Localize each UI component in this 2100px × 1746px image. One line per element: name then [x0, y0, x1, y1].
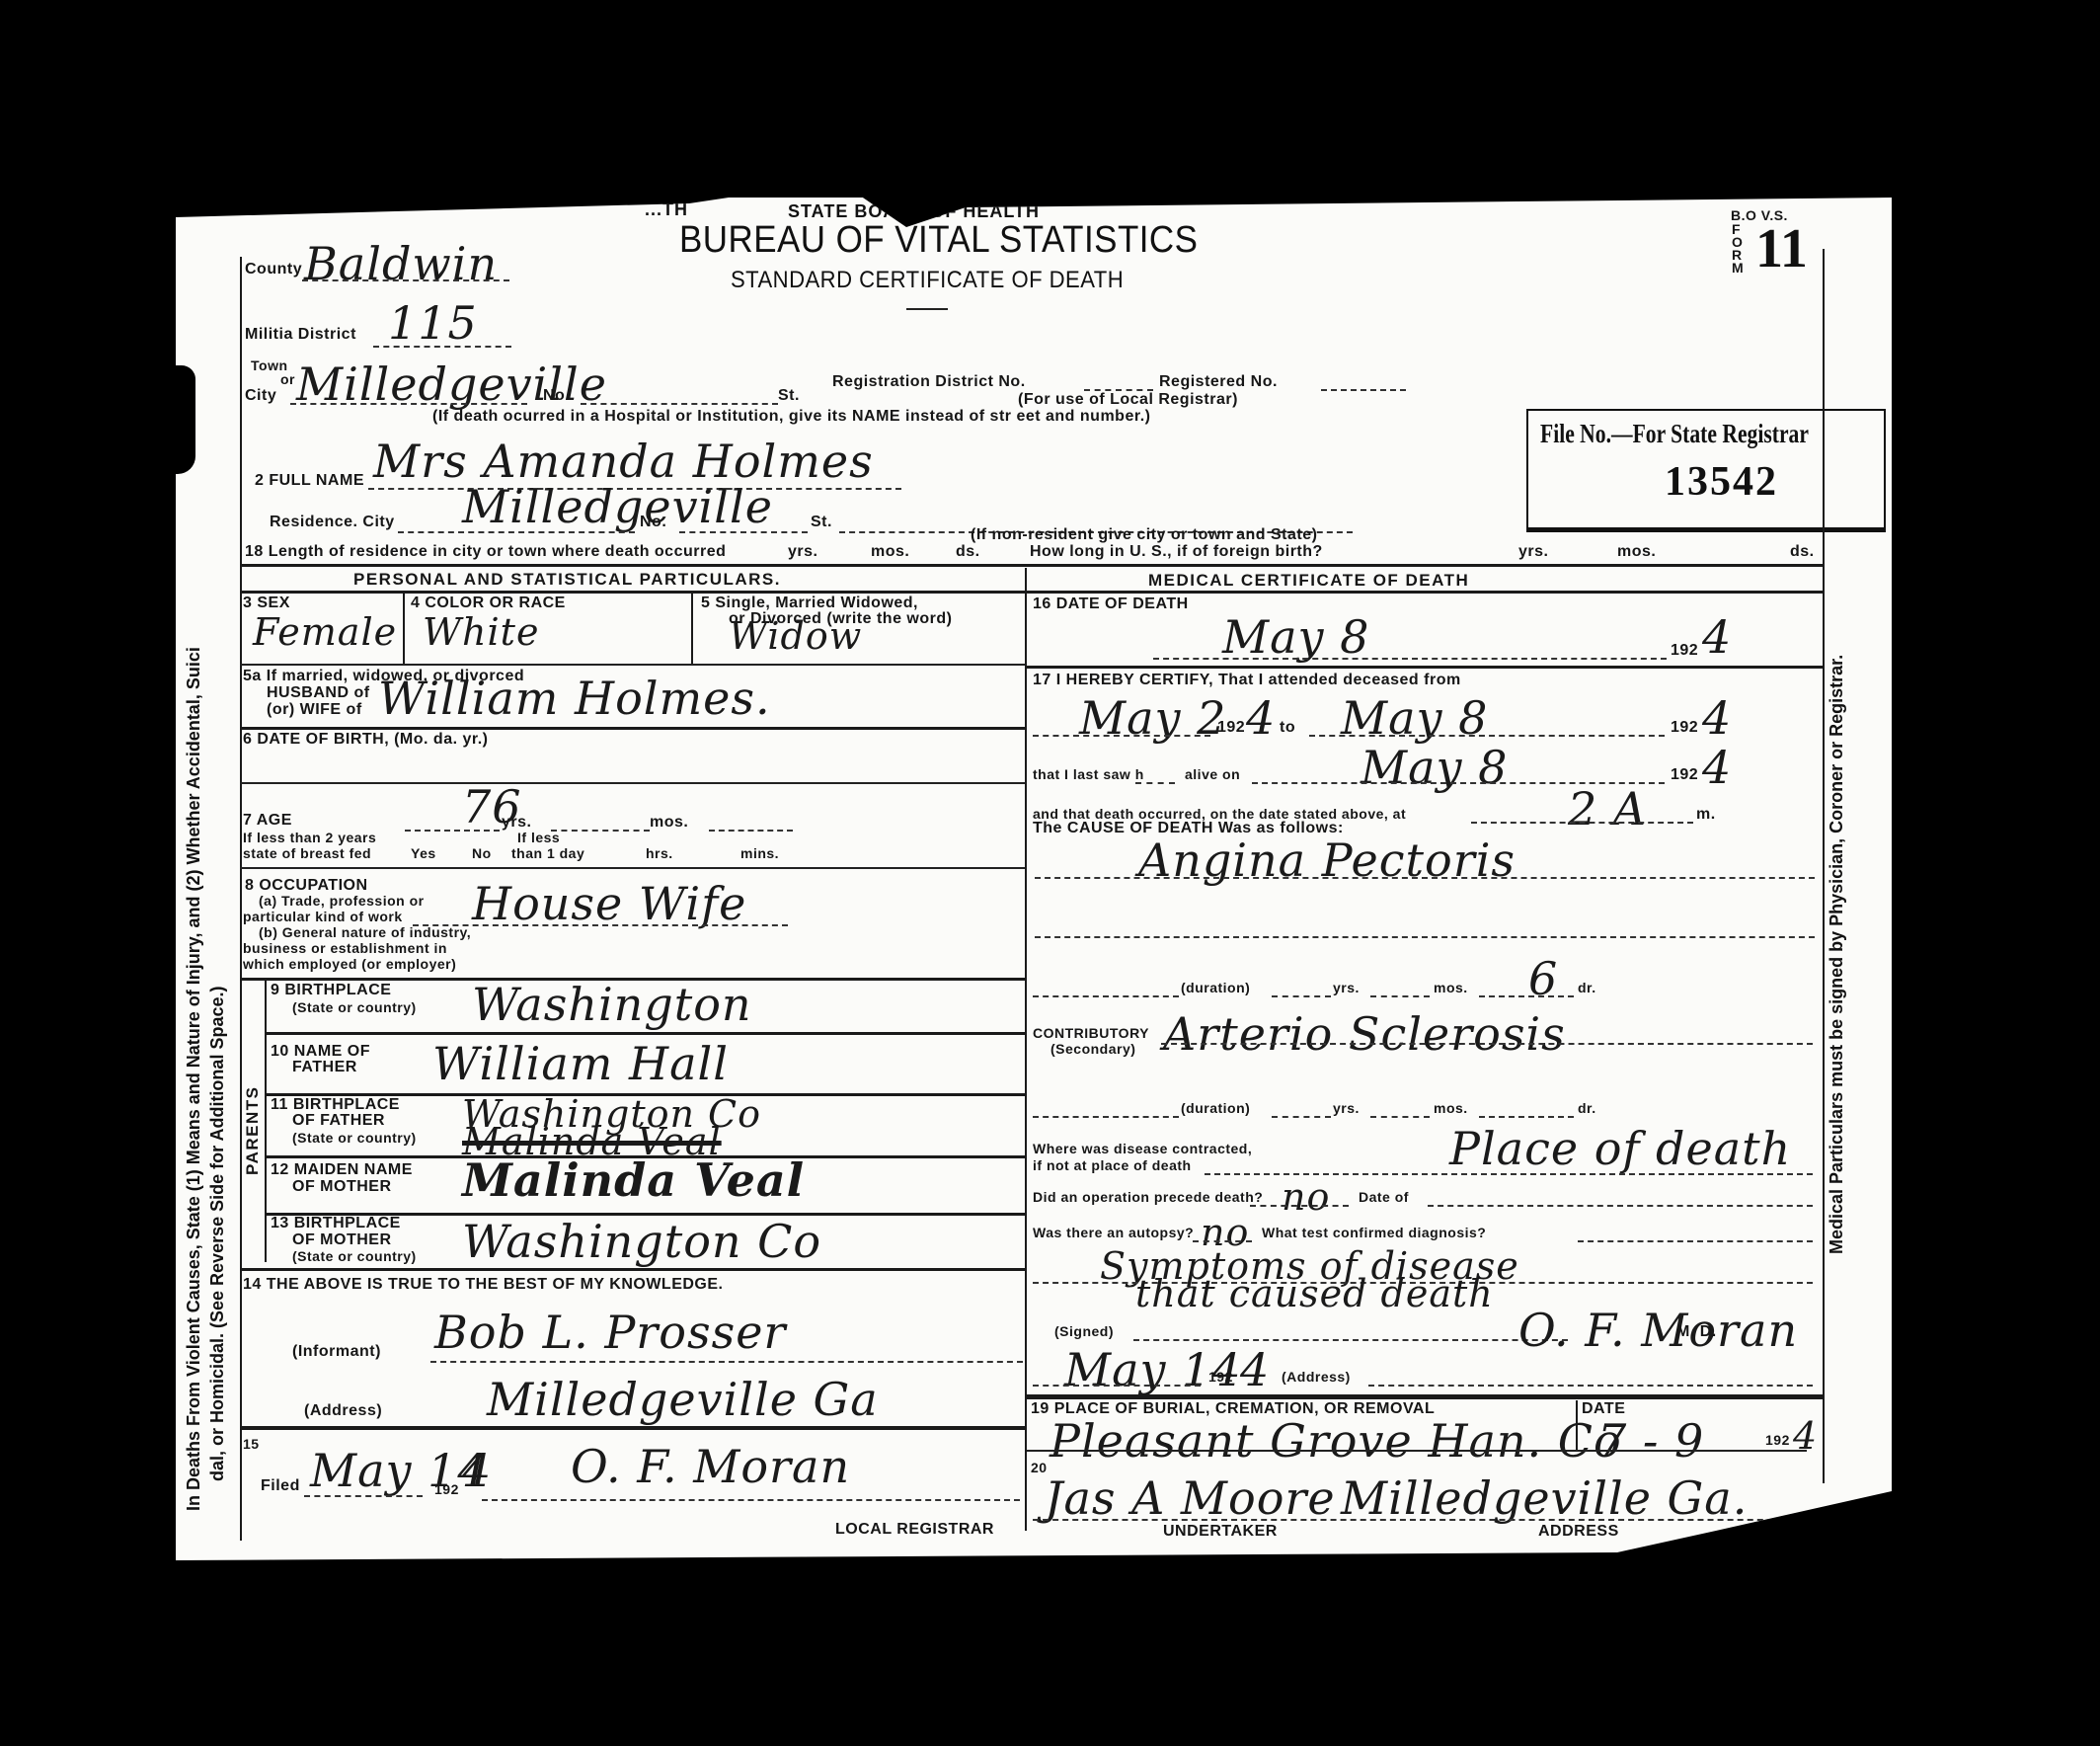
- dod-year-suffix: 4: [1702, 610, 1732, 664]
- marital-value: Widow: [729, 614, 862, 658]
- informant-label: (Informant): [292, 1343, 381, 1361]
- occupation-a-2: particular kind of work: [243, 909, 403, 924]
- test-diagnosis-line-2: that caused death: [1135, 1272, 1494, 1315]
- militia-district-value: 115: [388, 296, 478, 350]
- file-number-box: File No.—For State Registrar 13542: [1526, 409, 1886, 532]
- residence-city-value: Milledgeville: [462, 480, 773, 533]
- full-name-label: 2 FULL NAME: [255, 472, 364, 490]
- mins-label: mins.: [740, 845, 779, 861]
- file-label: File No.—For State Registrar: [1540, 419, 1809, 449]
- from-year-prefix: 192: [1217, 719, 1245, 737]
- form-label: FORM: [1732, 223, 1742, 275]
- duration-dr-2: dr.: [1578, 1100, 1596, 1116]
- county-value: Baldwin: [304, 237, 498, 290]
- occupation-value: House Wife: [472, 877, 746, 930]
- date-of-death-label: 16 DATE OF DEATH: [1033, 595, 1189, 613]
- informant-value: Bob L. Prosser: [434, 1306, 786, 1359]
- burial-place-value: Pleasant Grove Han. Co: [1050, 1414, 1622, 1468]
- us-mos: mos.: [1617, 543, 1656, 561]
- residence-mos: mos.: [871, 543, 909, 561]
- age-mos-label: mos.: [650, 814, 688, 832]
- to-label: to: [1280, 719, 1295, 737]
- mother-birthplace-label-3: (State or country): [292, 1248, 417, 1264]
- local-registrar-label: LOCAL REGISTRAR: [835, 1521, 994, 1539]
- informant-address-value: Milledgeville Ga: [487, 1373, 879, 1426]
- form-number: 11: [1755, 217, 1808, 280]
- certify-label: 17 I HEREBY CERTIFY, That I attended dec…: [1033, 672, 1461, 689]
- filed-label: Filed: [261, 1477, 300, 1495]
- hrs-label: hrs.: [646, 845, 673, 861]
- filed-date-value: May 14: [310, 1444, 488, 1497]
- than-1-day-label: than 1 day: [511, 845, 584, 861]
- operation-label: Did an operation precede death?: [1033, 1189, 1263, 1205]
- board-fragment: ...TH: [645, 199, 688, 220]
- street-no-label: No.: [543, 387, 570, 405]
- under-2-label: If less than 2 years: [243, 830, 376, 845]
- dod-year-prefix: 192: [1671, 642, 1698, 660]
- breast-fed-label: state of breast fed: [243, 845, 371, 861]
- residence-length-label: 18 Length of residence in city or town w…: [245, 543, 726, 561]
- informant-address-label: (Address): [304, 1402, 382, 1420]
- signed-label: (Signed): [1054, 1323, 1114, 1339]
- death-time-value: 2 A: [1568, 782, 1647, 835]
- from-year-suffix: 4: [1246, 691, 1276, 745]
- last-saw-label: that I last saw h: [1033, 766, 1144, 782]
- date-of-death-value: May 8: [1222, 610, 1369, 664]
- filed-year-suffix: 4: [462, 1444, 492, 1497]
- us-residence-label: How long in U. S., if of foreign birth?: [1030, 543, 1323, 561]
- us-yrs: yrs.: [1518, 543, 1548, 561]
- residence-city-label: Residence. City: [270, 514, 395, 531]
- death-certificate-page: ...TH STATE BOARD OF HEALTH BUREAU OF VI…: [176, 198, 1892, 1560]
- md-label: M. D.: [1676, 1323, 1717, 1341]
- m-label: m.: [1696, 806, 1716, 824]
- file-number: 13542: [1665, 458, 1778, 506]
- mother-birthplace-label-1: 13 BIRTHPLACE: [271, 1215, 401, 1232]
- true-statement-label: 14 THE ABOVE IS TRUE TO THE BEST OF MY K…: [243, 1276, 723, 1294]
- right-margin-note: Medical Particulars must be signed by Ph…: [1827, 655, 1847, 1254]
- burial-year-prefix: 192: [1765, 1432, 1790, 1448]
- undertaker-address-label: ADDRESS: [1538, 1523, 1619, 1541]
- occupation-b-2: business or establishment in: [243, 940, 447, 956]
- sex-value: Female: [253, 610, 397, 654]
- physician-signature: O. F. Moran: [1518, 1304, 1798, 1357]
- last-saw-value: May 8: [1361, 741, 1508, 794]
- nonresident-note: (If non-resident give city or town and S…: [971, 526, 1317, 544]
- occupation-b-1: (b) General nature of industry,: [259, 924, 471, 940]
- medical-section-title: MEDICAL CERTIFICATE OF DEATH: [1148, 571, 1469, 591]
- city-label: City: [245, 387, 276, 405]
- or-label: or: [280, 371, 295, 387]
- operation-value: no: [1282, 1175, 1330, 1219]
- where-contracted-label-1: Where was disease contracted,: [1033, 1141, 1252, 1156]
- mother-maiden-value: Malinda Veal: [462, 1153, 805, 1207]
- birthplace-label-2: (State or country): [292, 999, 417, 1015]
- spouse-value: William Holmes.: [378, 672, 771, 725]
- dob-label: 6 DATE OF BIRTH, (Mo. da. yr.): [243, 731, 489, 749]
- to-year-suffix: 4: [1702, 691, 1732, 745]
- undertaker-label: UNDERTAKER: [1163, 1523, 1278, 1541]
- burial-date-value: 7 - 9: [1597, 1414, 1704, 1468]
- where-contracted-label-2: if not at place of death: [1033, 1157, 1192, 1173]
- occupation-b-3: which employed (or employer): [243, 956, 456, 972]
- age-label: 7 AGE: [243, 812, 292, 830]
- item-15-number: 15: [243, 1436, 260, 1452]
- where-contracted-value: Place of death: [1449, 1122, 1791, 1175]
- duration-dr-1: dr.: [1578, 980, 1596, 995]
- hospital-note: (If death ocurred in a Hospital or Insti…: [432, 408, 1150, 426]
- local-registrar-signature: O. F. Moran: [571, 1440, 850, 1493]
- birthplace-label-1: 9 BIRTHPLACE: [271, 982, 391, 999]
- race-value: White: [423, 610, 539, 654]
- father-birthplace-label-2: OF FATHER: [292, 1112, 385, 1130]
- county-label: County: [245, 261, 302, 278]
- undertaker-value: Jas A Moore: [1045, 1471, 1336, 1525]
- duration-yrs-2: yrs.: [1333, 1100, 1360, 1116]
- spouse-label-2: HUSBAND of: [267, 684, 370, 702]
- registration-district-label: Registration District No.: [832, 373, 1026, 391]
- yes-label: Yes: [411, 845, 436, 861]
- father-name-label-2: FATHER: [292, 1059, 357, 1076]
- occupation-a-1: (a) Trade, profession or: [259, 893, 425, 909]
- last-saw-year-suffix: 4: [1702, 741, 1732, 794]
- mother-birthplace-label-2: OF MOTHER: [292, 1231, 392, 1249]
- secondary-label: (Secondary): [1050, 1041, 1135, 1057]
- test-diagnosis-label: What test confirmed diagnosis?: [1262, 1225, 1486, 1240]
- registered-no-label: Registered No.: [1159, 373, 1278, 391]
- last-saw-year-prefix: 192: [1671, 766, 1698, 784]
- duration-label-2: (duration): [1181, 1100, 1250, 1116]
- residence-no-label: No.: [640, 514, 666, 531]
- residence-st-label: St.: [811, 514, 832, 531]
- filed-year-prefix: 192: [434, 1481, 459, 1497]
- duration-yrs-1: yrs.: [1333, 980, 1360, 995]
- birthplace-value: Washington: [472, 978, 752, 1031]
- mother-maiden-label-1: 12 MAIDEN NAME: [271, 1161, 413, 1179]
- left-margin-note-2: dal, or Homicidal. (See Reverse Side for…: [207, 987, 228, 1481]
- personal-section-title: PERSONAL AND STATISTICAL PARTICULARS.: [353, 570, 781, 590]
- no-label: No: [472, 845, 492, 861]
- operation-date-label: Date of: [1359, 1189, 1409, 1205]
- residence-yrs: yrs.: [788, 543, 817, 561]
- to-year-prefix: 192: [1671, 719, 1698, 737]
- alive-on-label: alive on: [1185, 766, 1240, 782]
- left-margin-note-1: In Deaths From Violent Causes, State (1)…: [184, 647, 204, 1511]
- mother-maiden-label-2: OF MOTHER: [292, 1178, 392, 1196]
- spouse-label-3: (or) WIFE of: [267, 701, 362, 719]
- contributory-value: Arterio Sclerosis: [1163, 1007, 1566, 1061]
- father-birthplace-label-3: (State or country): [292, 1130, 417, 1146]
- father-name-value: William Hall: [432, 1037, 729, 1090]
- contributory-label: CONTRIBUTORY: [1033, 1025, 1149, 1041]
- parents-side-label: PARENTS: [243, 1086, 263, 1175]
- signed-year-suffix: 4: [1240, 1343, 1270, 1396]
- duration-mos-1: mos.: [1434, 980, 1468, 995]
- certificate-title: STANDARD CERTIFICATE OF DEATH: [731, 267, 1124, 294]
- signed-year-prefix: 192: [1208, 1369, 1233, 1385]
- street-label: St.: [778, 387, 800, 405]
- us-ds: ds.: [1790, 543, 1815, 561]
- duration-label-1: (duration): [1181, 980, 1250, 995]
- local-registrar-note: (For use of Local Registrar): [1018, 391, 1238, 409]
- autopsy-label: Was there an autopsy?: [1033, 1225, 1194, 1240]
- undertaker-address-value: Milledgeville Ga.: [1341, 1471, 1748, 1525]
- residence-ds: ds.: [956, 543, 980, 561]
- militia-district-label: Militia District: [245, 326, 356, 344]
- torn-edge: [166, 365, 195, 474]
- duration-mos-2: mos.: [1434, 1100, 1468, 1116]
- mother-birthplace-value: Washington Co: [462, 1215, 821, 1268]
- physician-address-label: (Address): [1282, 1369, 1351, 1385]
- bureau-title: BUREAU OF VITAL STATISTICS: [679, 219, 1198, 262]
- if-less-label: If less: [517, 830, 560, 845]
